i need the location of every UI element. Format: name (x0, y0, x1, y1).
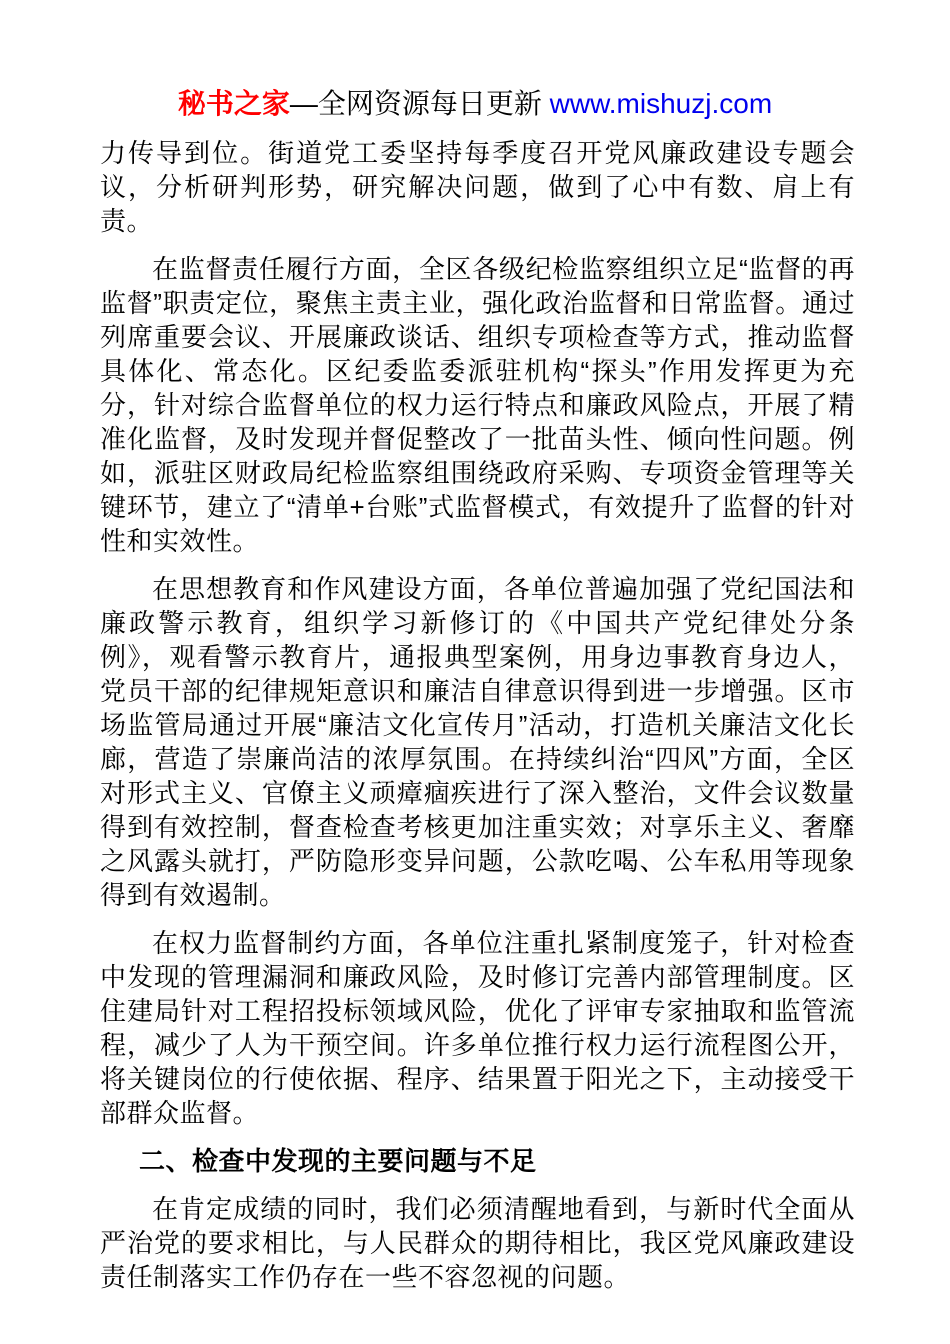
section-heading-problems: 二、检查中发现的主要问题与不足 (100, 1144, 855, 1178)
site-header: 秘书之家—全网资源每日更新 www.mishuzj.com (0, 0, 950, 124)
site-url-link[interactable]: www.mishuzj.com (550, 88, 772, 119)
site-tagline: —全网资源每日更新 (290, 88, 550, 119)
paragraph-education-workstyle: 在思想教育和作风建设方面，各单位普遍加强了党纪国法和廉政警示教育，组织学习新修订… (100, 572, 855, 912)
paragraph-responsibility-transmission: 力传导到位。街道党工委坚持每季度召开党风廉政建设专题会议，分析研判形势，研究解决… (100, 136, 855, 238)
site-brand: 秘书之家 (178, 88, 290, 119)
paragraph-problems-intro: 在肯定成绩的同时，我们必须清醒地看到，与新时代全面从严治党的要求相比，与人民群众… (100, 1192, 855, 1294)
document-page: 秘书之家—全网资源每日更新 www.mishuzj.com 力传导到位。街道党工… (0, 0, 950, 1344)
paragraph-supervision-duty: 在监督责任履行方面，全区各级纪检监察组织立足“监督的再监督”职责定位，聚焦主责主… (100, 252, 855, 558)
paragraph-power-restraint: 在权力监督制约方面，各单位注重扎紧制度笼子，针对检查中发现的管理漏洞和廉政风险，… (100, 926, 855, 1130)
document-body: 力传导到位。街道党工委坚持每季度召开党风廉政建设专题会议，分析研判形势，研究解决… (100, 136, 855, 1294)
